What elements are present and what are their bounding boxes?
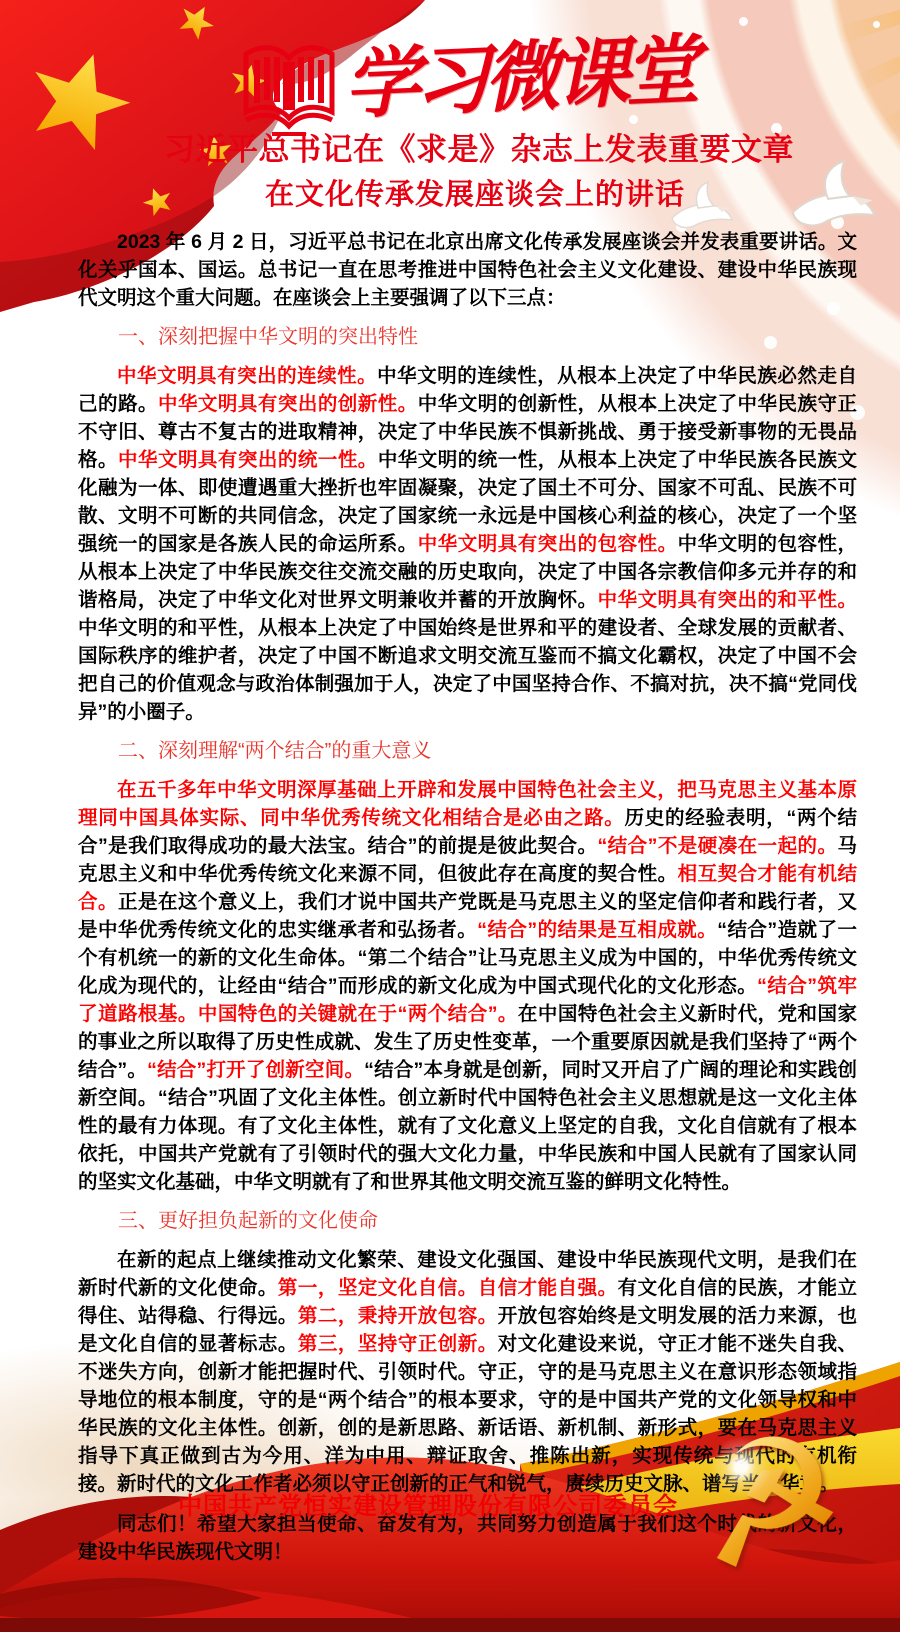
section-2-body: 在五千多年中华文明深厚基础上开辟和发展中国特色社会主义，把马克思主义基本原理同中…: [78, 776, 857, 1196]
text-segment-red: 第一，坚定文化自信。自信才能自强。: [278, 1277, 618, 1299]
section-3-heading: 三、更好担负起新的文化使命: [78, 1208, 857, 1234]
section-1-heading: 一、深刻把握中华文明的突出特性: [78, 324, 857, 350]
brand-title: 学习微课堂: [342, 19, 676, 137]
committee-signature: 中国共产党恒实建设管理股份有限公司委员会: [78, 1486, 778, 1521]
article-subtitle: 在文化传承发展座谈会上的讲话: [0, 172, 900, 213]
text-segment-red: 第二，秉持开放包容。: [298, 1305, 498, 1327]
text-segment-black: 中华文明的和平性，从根本上决定了中国始终是世界和平的建设者、全球发展的贡献者、国…: [78, 617, 857, 723]
text-segment-red: 第三，坚持守正创新。: [298, 1333, 498, 1355]
section-1-body: 中华文明具有突出的连续性。中华文明的连续性，从根本上决定了中华民族必然走自己的路…: [78, 362, 857, 726]
text-segment-red: 中华文明具有突出的连续性。: [117, 365, 377, 387]
intro-paragraph: 2023 年 6 月 2 日，习近平总书记在北京出席文化传承发展座谈会并发表重要…: [78, 228, 857, 312]
article-body: 2023 年 6 月 2 日，习近平总书记在北京出席文化传承发展座谈会并发表重要…: [78, 228, 857, 1578]
text-segment-red: 中华文明具有突出的创新性。: [158, 393, 418, 415]
section-2-heading: 二、深刻理解“两个结合”的重大意义: [78, 738, 857, 764]
text-segment-red: 中华文明具有突出的和平性。: [598, 589, 857, 611]
poster-page: 学习微课堂 习近平总书记在《求是》杂志上发表重要文章 在文化传承发展座谈会上的讲…: [0, 0, 900, 1632]
text-segment-black: 2023 年 6 月 2 日，习近平总书记在北京出席文化传承发展座谈会并发表重要…: [78, 231, 857, 309]
text-segment-red: “结合”打开了创新空间。: [147, 1059, 364, 1081]
article-title: 习近平总书记在《求是》杂志上发表重要文章: [0, 124, 900, 169]
text-segment-red: 中华文明具有突出的包容性。: [418, 533, 678, 555]
text-segment-red: 中华文明具有突出的统一性。: [118, 449, 378, 471]
text-segment-red: “结合”不是硬凑在一起的。: [597, 835, 837, 857]
text-segment-red: “结合”的结果是互相成就。: [477, 919, 717, 941]
